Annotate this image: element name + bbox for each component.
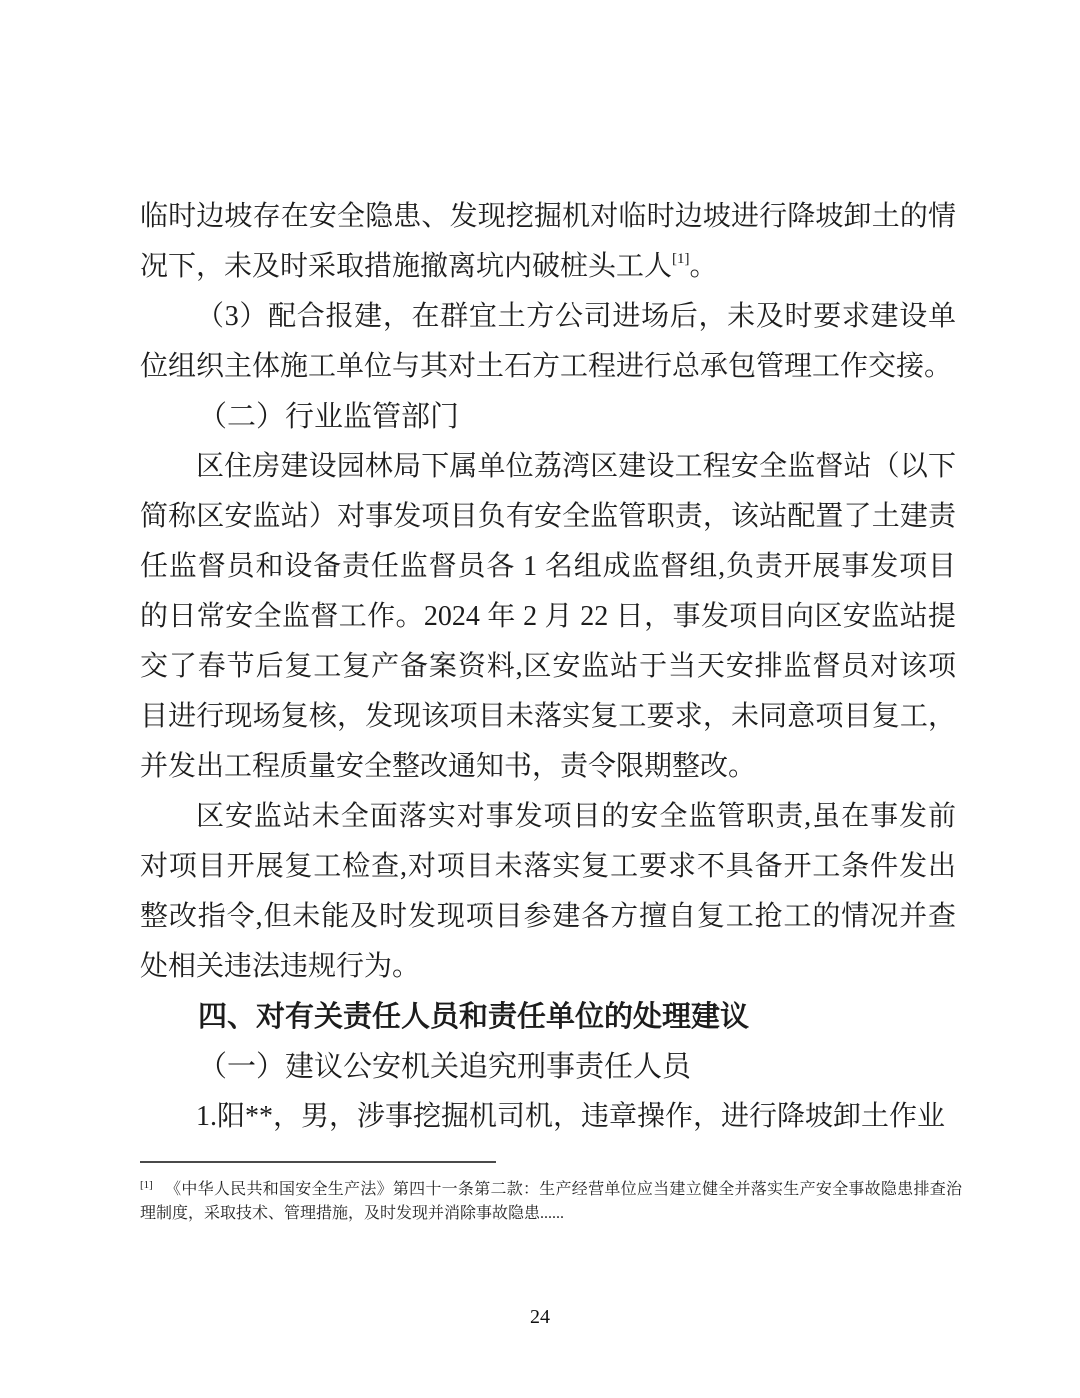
body-paragraph: 临时边坡存在安全隐患、发现挖掘机对临时边坡进行降坡卸土的情况下，未及时采取措施撤… xyxy=(140,192,956,292)
footnote-text: 《中华人民共和国安全生产法》第四十一条第二款：生产经营单位应当建立健全并落实生产… xyxy=(140,1181,962,1222)
section-heading: 四、对有关责任人员和责任单位的处理建议 xyxy=(140,992,956,1042)
document-body: 临时边坡存在安全隐患、发现挖掘机对临时边坡进行降坡卸土的情况下，未及时采取措施撤… xyxy=(140,192,956,1142)
paragraph-text: 。 xyxy=(690,251,718,282)
document-page: 临时边坡存在安全隐患、发现挖掘机对临时边坡进行降坡卸土的情况下，未及时采取措施撤… xyxy=(0,0,1080,1398)
footnote: [1]《中华人民共和国安全生产法》第四十一条第二款：生产经营单位应当建立健全并落… xyxy=(140,1173,962,1226)
body-paragraph: 区安监站未全面落实对事发项目的安全监管职责,虽在事发前对项目开展复工检查,对项目… xyxy=(140,792,956,992)
footnote-separator xyxy=(140,1161,496,1163)
paragraph-text: 临时边坡存在安全隐患、发现挖掘机对临时边坡进行降坡卸土的情况下，未及时采取措施撤… xyxy=(140,201,956,282)
page-number: 24 xyxy=(0,1306,1080,1329)
footnote-reference-marker: [1] xyxy=(672,251,690,267)
body-paragraph: （3）配合报建，在群宜土方公司进场后，未及时要求建设单位组织主体施工单位与其对土… xyxy=(140,292,956,392)
section-subheading: （二）行业监管部门 xyxy=(140,392,956,442)
body-paragraph: 区住房建设园林局下属单位荔湾区建设工程安全监督站（以下简称区安监站）对事发项目负… xyxy=(140,442,956,792)
footnote-marker: [1] xyxy=(140,1179,153,1191)
section-subheading: （一）建议公安机关追究刑事责任人员 xyxy=(140,1042,956,1092)
body-paragraph: 1.阳**，男，涉事挖掘机司机，违章操作，进行降坡卸土作业 xyxy=(140,1092,956,1142)
